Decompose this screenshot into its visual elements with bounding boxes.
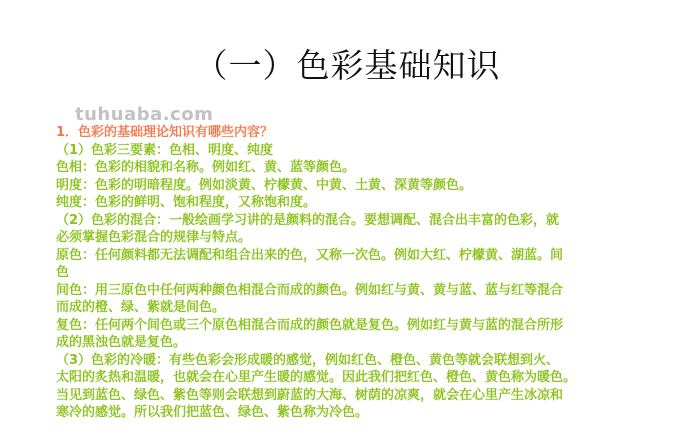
text-line: （2）色彩的混合：一般绘画学习讲的是颜料的混合。要想调配、混合出丰富的色彩，就 — [56, 212, 641, 230]
watermark: tuhuaba.com — [75, 104, 213, 125]
text-line: （1）色彩三要素：色相、明度、纯度 — [56, 142, 641, 160]
text-line: 必须掌握色彩混合的规律与特点。 — [56, 229, 641, 247]
text-line: 间色：用三原色中任何两种颜色相混合而成的颜色。例如红与黄、黄与蓝、蓝与红等混合 — [56, 282, 641, 300]
text-line: 寒冷的感觉。所以我们把蓝色、绿色、紫色称为冷色。 — [56, 404, 641, 422]
text-line: 成的黑浊色就是复色。 — [56, 334, 641, 352]
text-line: 色 — [56, 264, 641, 282]
text-line: 明度：色彩的明暗程度。例如淡黄、柠檬黄、中黄、土黄、深黄等颜色。 — [56, 177, 641, 195]
question-heading: 1．色彩的基础理论知识有哪些内容？ — [56, 124, 641, 142]
page-title: （一）色彩基础知识 — [0, 40, 695, 87]
text-line: 当见到蓝色、绿色、紫色等则会联想到蔚蓝的大海、树荫的凉爽，就会在心里产生冰凉和 — [56, 387, 641, 405]
text-line: （3）色彩的冷暖：有些色彩会形成暖的感觉，例如红色、橙色、黄色等就会联想到火、 — [56, 352, 641, 370]
text-content: 1．色彩的基础理论知识有哪些内容？ （1）色彩三要素：色相、明度、纯度 色相：色… — [56, 124, 641, 422]
text-line: 色相：色彩的相貌和名称。例如红、黄、蓝等颜色。 — [56, 159, 641, 177]
text-line: 原色：任何颜料都无法调配和组合出来的色，又称一次色。例如大红、柠檬黄、湖蓝。间 — [56, 247, 641, 265]
text-line: 太阳的炙热和温暖，也就会在心里产生暖的感觉。因此我们把红色、橙色、黄色称为暖色。 — [56, 369, 641, 387]
text-line: 复色：任何两个间色或三个原色相混合而成的颜色就是复色。例如红与黄与蓝的混合所形 — [56, 317, 641, 335]
text-line: 而成的橙、绿、紫就是间色。 — [56, 299, 641, 317]
text-line: 纯度：色彩的鲜明、饱和程度，又称饱和度。 — [56, 194, 641, 212]
